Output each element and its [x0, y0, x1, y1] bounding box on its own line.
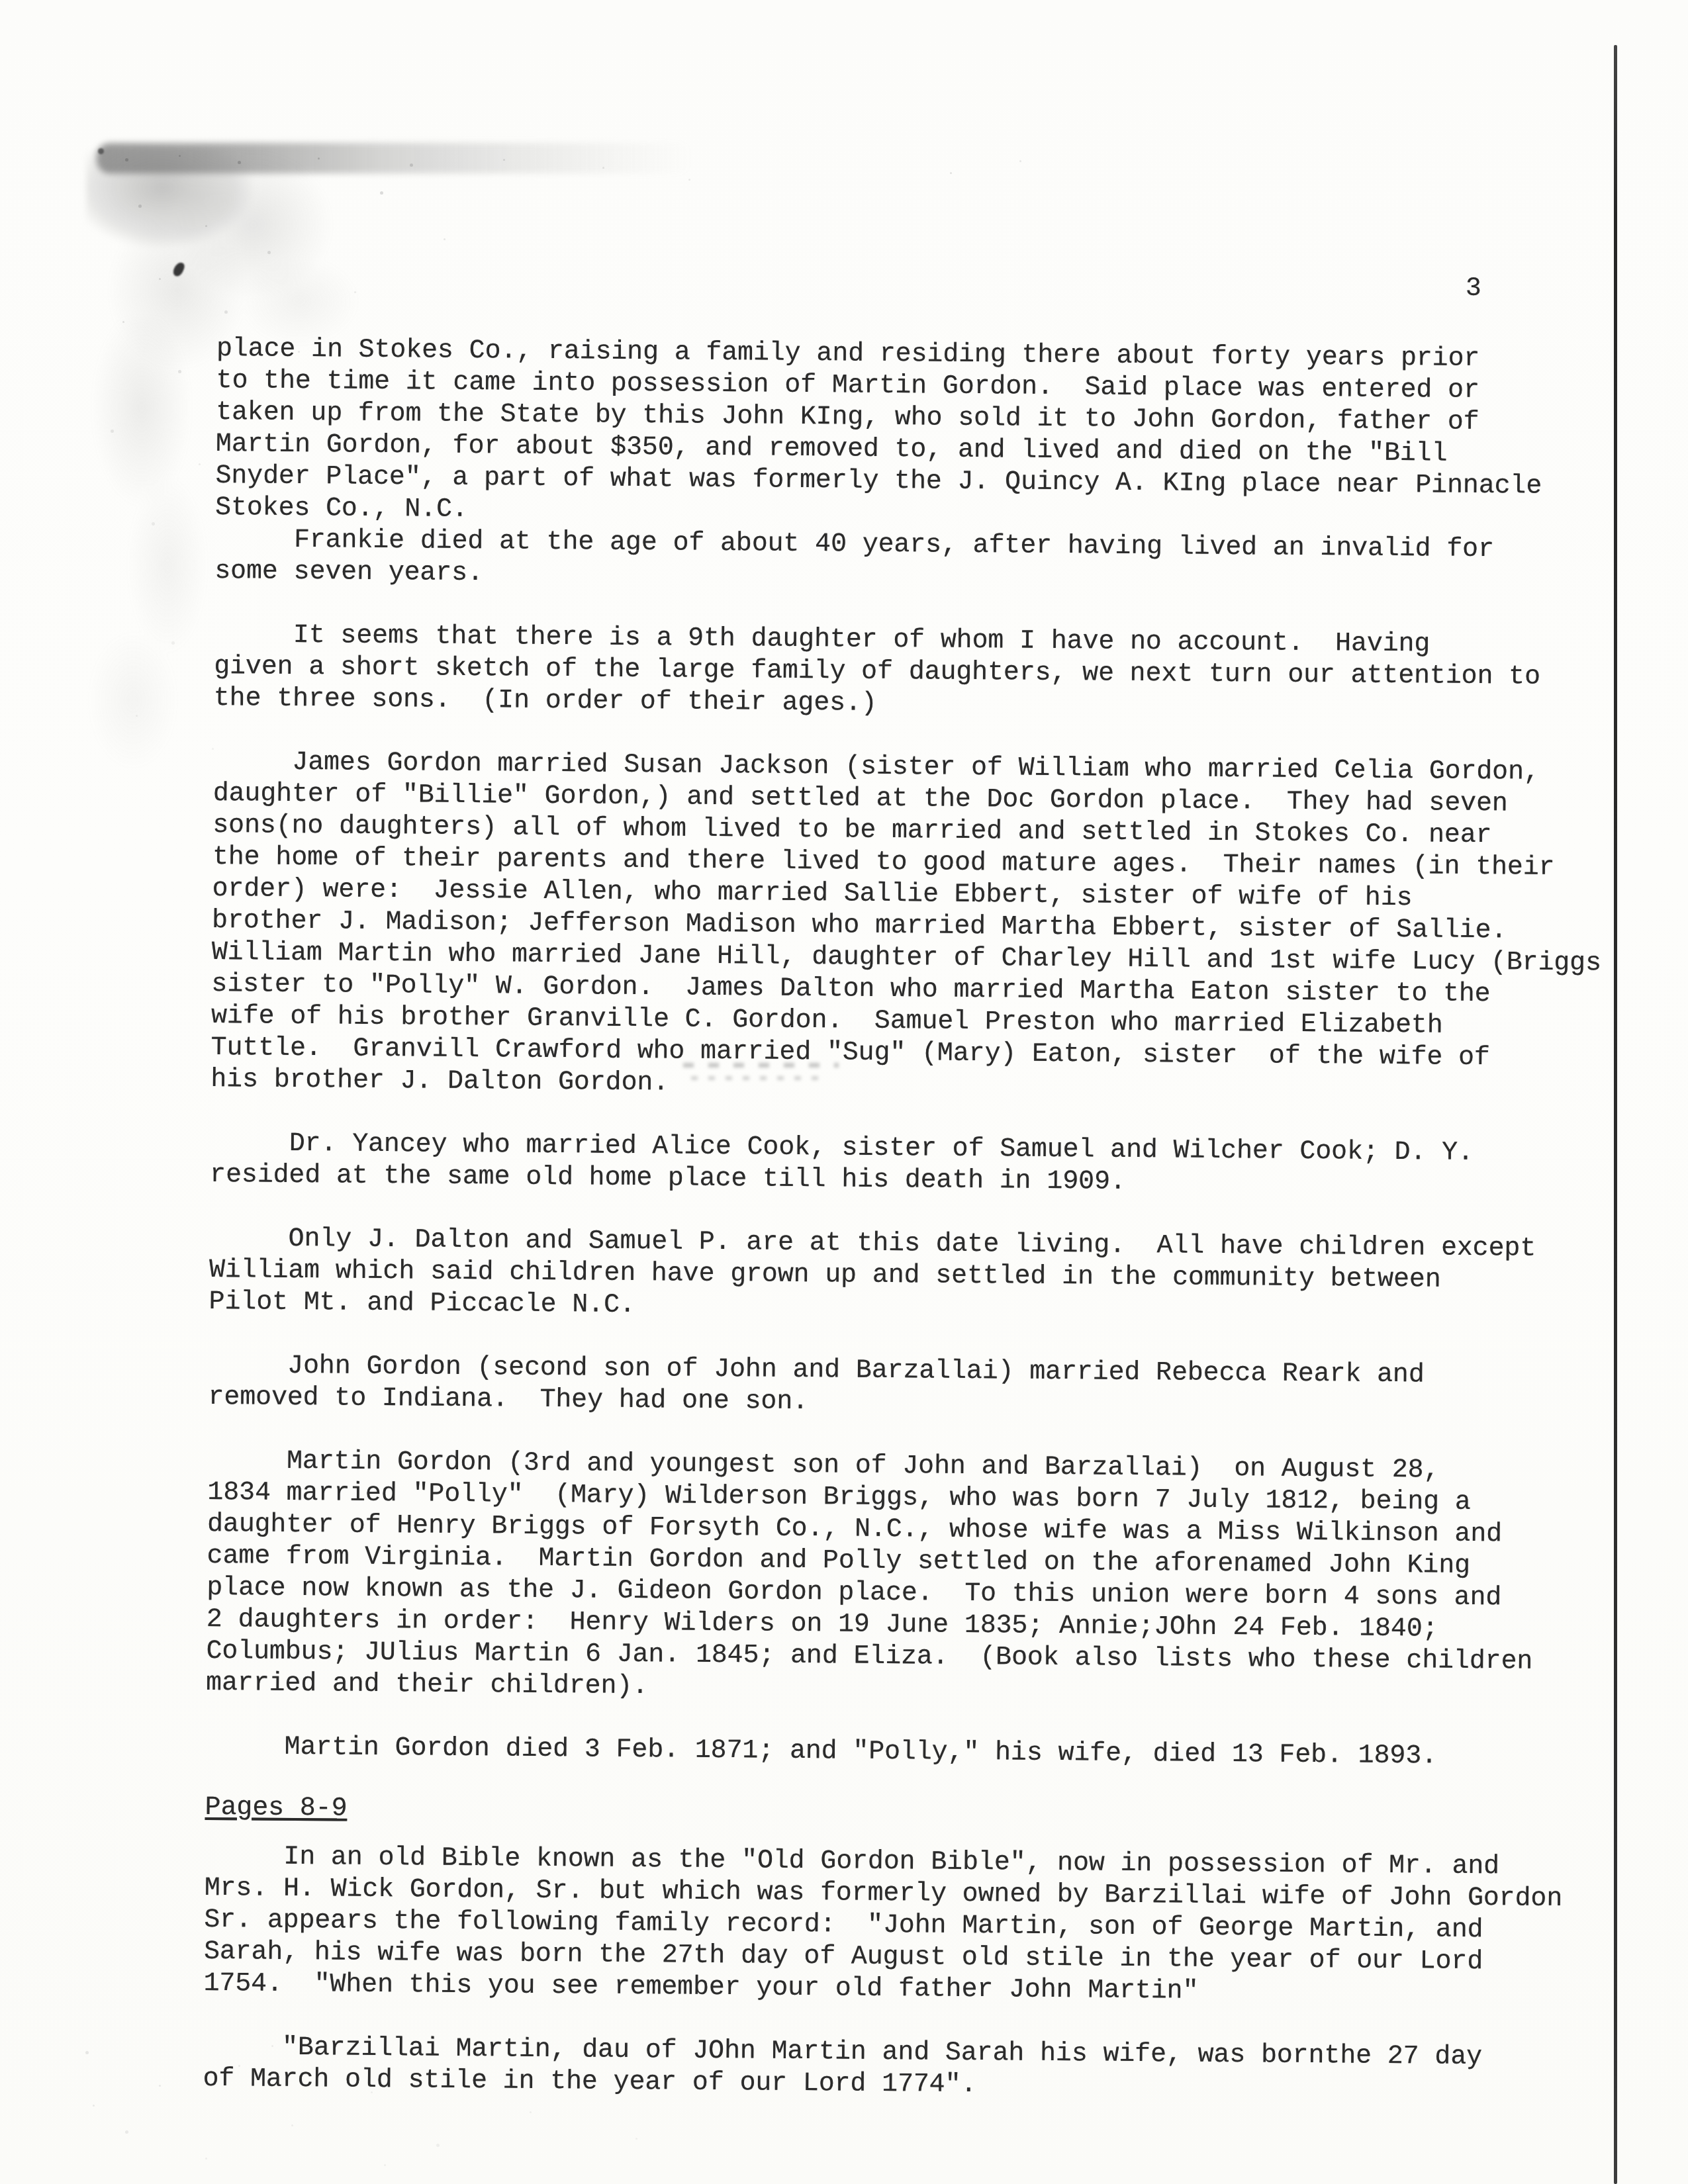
paragraph-james-gordon: James Gordon married Susan Jackson (sist…: [211, 747, 1630, 1107]
paragraph-only-living: Only J. Dalton and Samuel P. are at this…: [209, 1223, 1626, 1330]
paragraph-barzillai-martin: "Barzillai Martin, dau of JOhn Martin an…: [203, 2032, 1620, 2107]
paragraph-ninth-daughter: It seems that there is a 9th daughter of…: [214, 619, 1631, 726]
scan-speckles-bottom: [66, 2025, 68, 2027]
paragraph-martin-gordon: Martin Gordon (3rd and youngest son of J…: [206, 1445, 1624, 1711]
paragraph-john-gordon: John Gordon (second son of John and Barz…: [208, 1350, 1625, 1425]
paragraph-martin-death: Martin Gordon died 3 Feb. 1871; and "Pol…: [205, 1731, 1622, 1774]
ink-dot: [98, 148, 104, 154]
typewritten-content: 3 place in Stokes Co., raising a family …: [203, 263, 1634, 2107]
paragraph-frankie: Frankie died at the age of about 40 year…: [214, 524, 1632, 599]
paragraph-stokes-place: place in Stokes Co., raising a family an…: [215, 334, 1633, 535]
section-heading-pages-8-9: Pages 8-9: [205, 1792, 347, 1825]
paragraph-old-gordon-bible: In an old Bible known as the "Old Gordon…: [203, 1841, 1621, 2011]
paragraph-dr-yancey: Dr. Yancey who married Alice Cook, siste…: [210, 1128, 1627, 1203]
